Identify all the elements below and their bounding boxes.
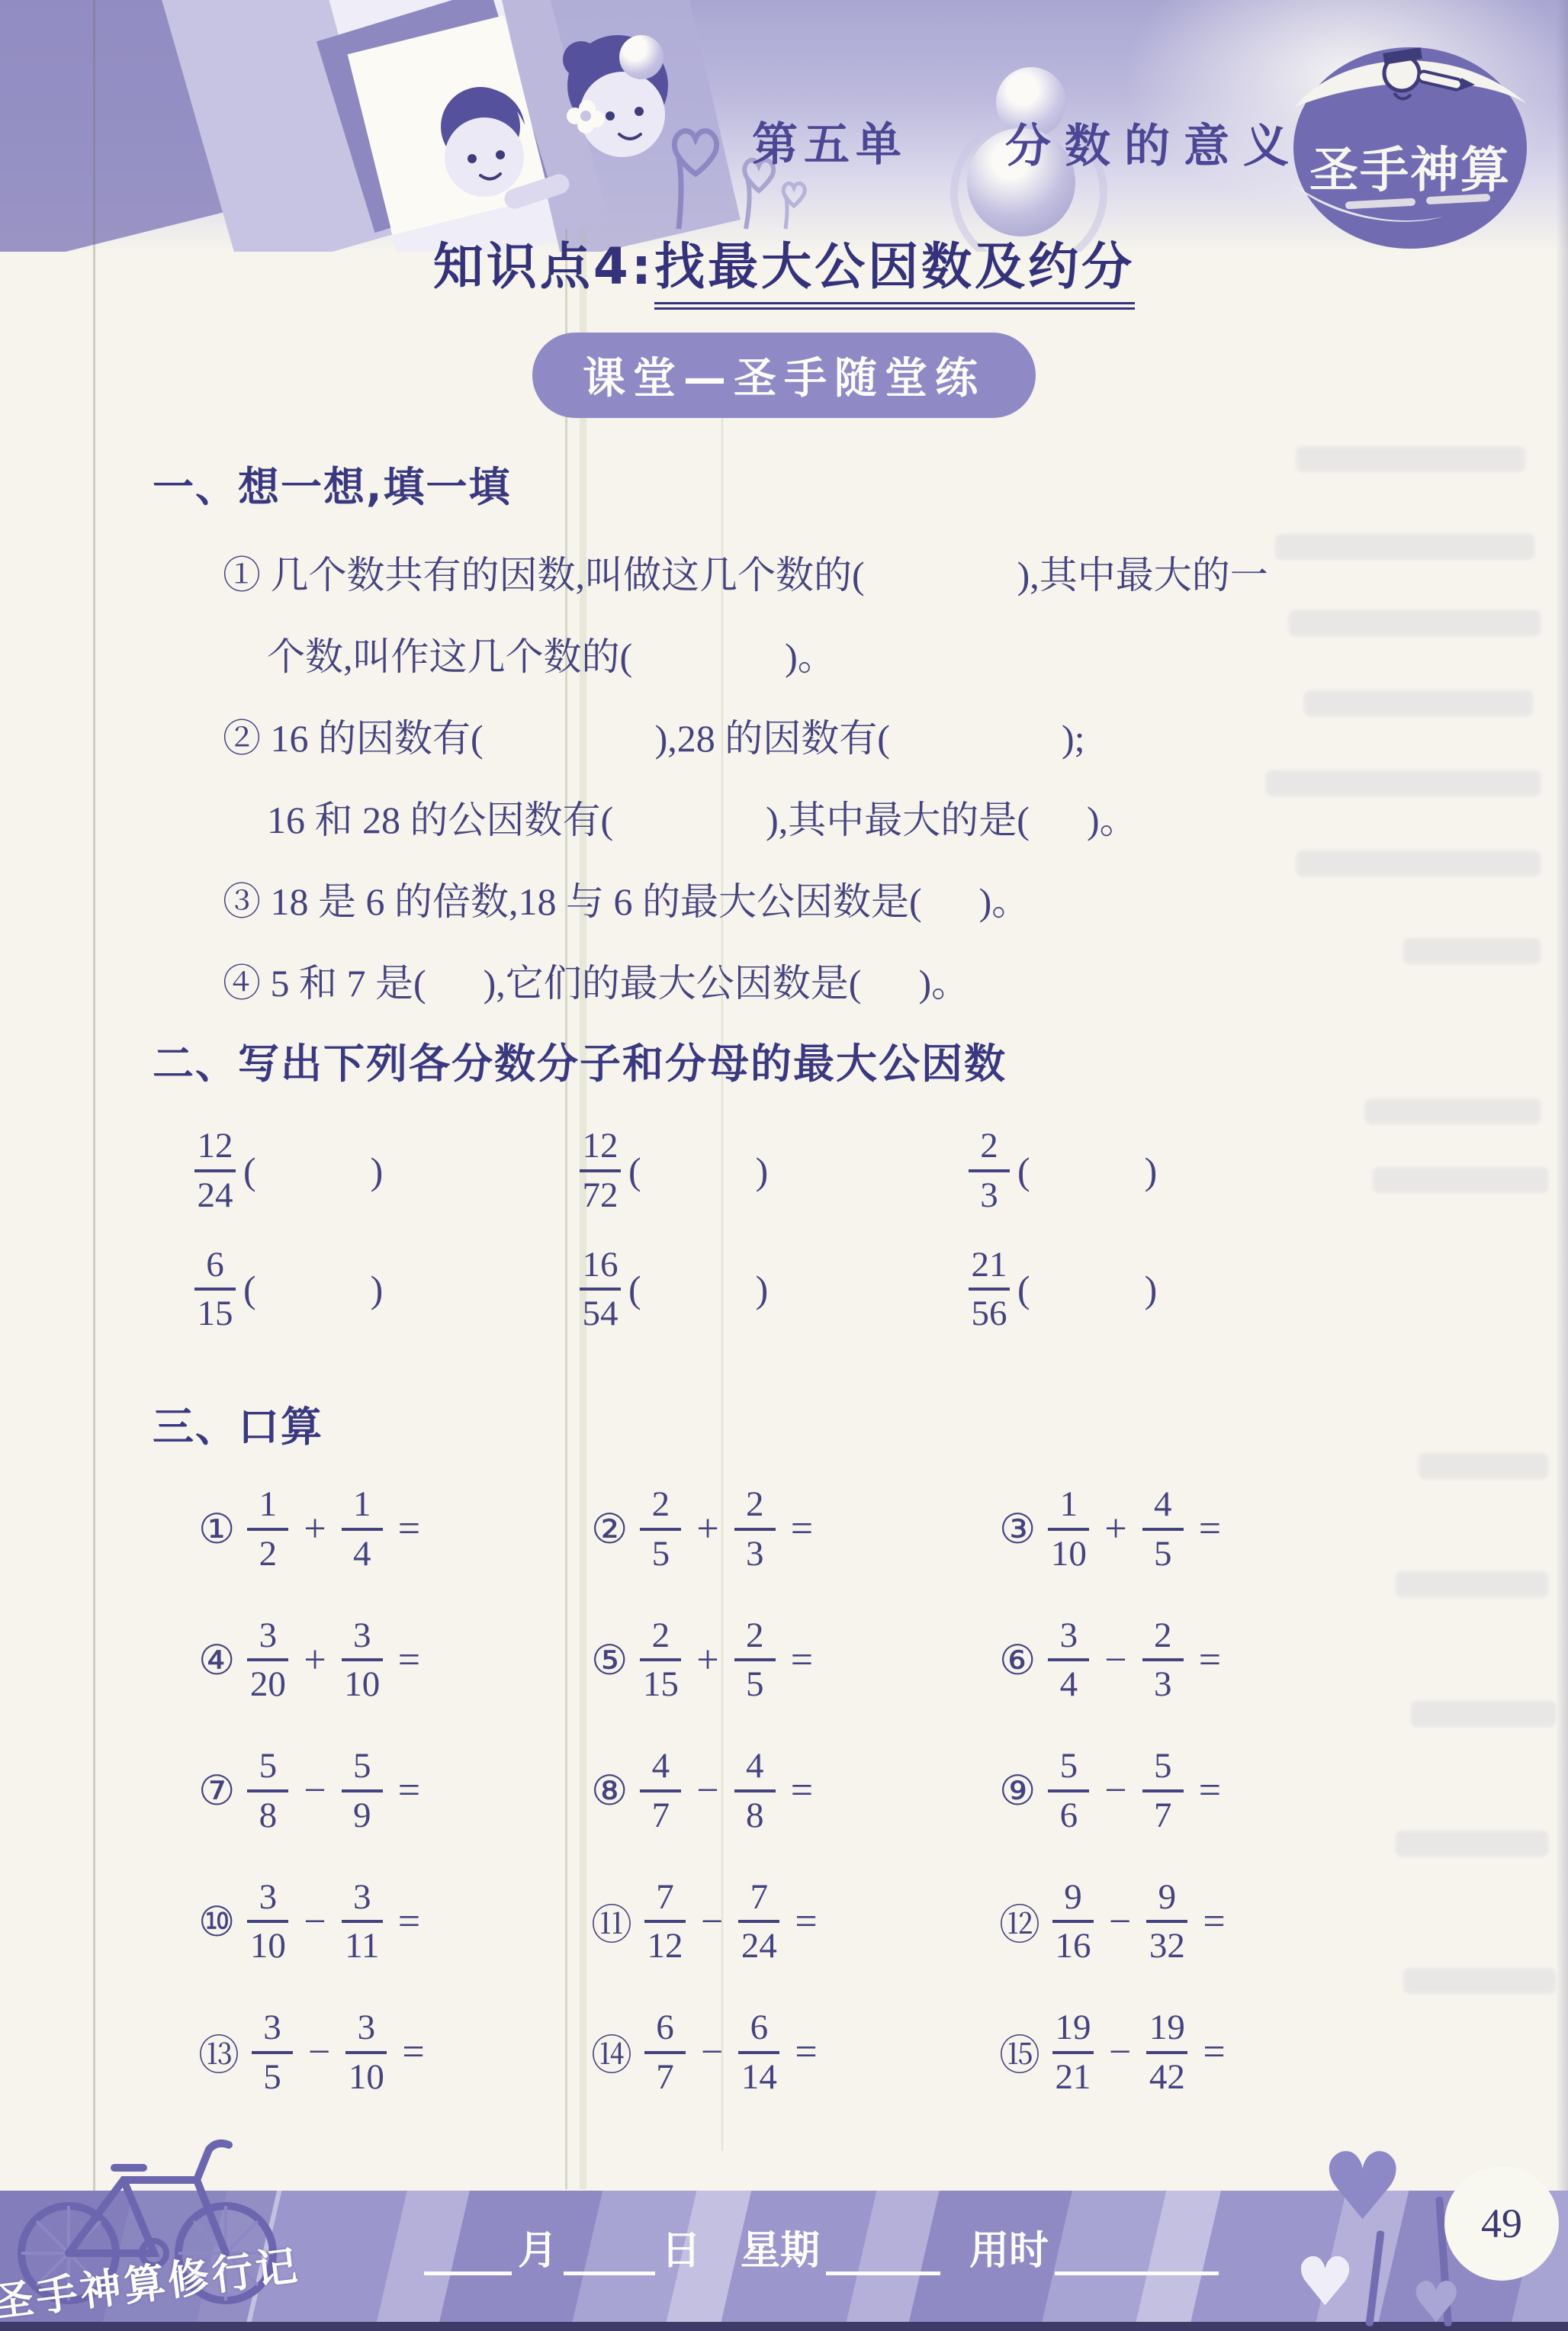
problem-number: ⑭ [591, 2023, 632, 2082]
math-problem: ⑮1921−1942= [999, 2008, 1518, 2097]
fraction-bar [640, 1658, 681, 1661]
fraction: 34 [1048, 1616, 1089, 1705]
answer-blank: ( ) [1017, 1149, 1157, 1193]
unit-subject-label: 分数的意义 [1005, 110, 1303, 175]
problem-number: ③ [999, 1505, 1036, 1553]
equals-sign: = [788, 1638, 816, 1683]
heart-icon: ♥ [1295, 2249, 1355, 2316]
fraction: 1942 [1146, 2008, 1187, 2097]
answer-blank: ( ) [243, 1149, 383, 1193]
equals-sign: = [395, 1638, 423, 1683]
fraction: 1654 [580, 1246, 621, 1334]
numerator: 7 [750, 1878, 769, 1917]
equals-sign: = [792, 2030, 820, 2075]
equals-sign: = [395, 1506, 423, 1551]
equals-sign: = [395, 1768, 423, 1813]
equals-sign: = [792, 1899, 820, 1944]
denominator: 8 [746, 1796, 764, 1835]
operator: + [693, 1638, 721, 1683]
problem-number: ⑩ [198, 1898, 235, 1946]
fraction-bar [580, 1169, 621, 1172]
problem-number: ⑦ [198, 1767, 235, 1815]
numerator: 5 [1154, 1747, 1172, 1786]
page-title-underlined: 找最大公因数及约分 [654, 237, 1135, 310]
equals-sign: = [395, 1899, 423, 1944]
fraction-bar [969, 1169, 1010, 1172]
section3-heading: 三、口算 [153, 1394, 1518, 1453]
page-title: 知识点4:找最大公因数及约分 [0, 226, 1568, 298]
fraction: 615 [194, 1246, 236, 1334]
denominator: 24 [198, 1176, 233, 1215]
numerator: 6 [206, 1246, 224, 1284]
denominator: 10 [1051, 1535, 1087, 1574]
denominator: 11 [345, 1927, 379, 1966]
numerator: 3 [259, 1616, 278, 1655]
denominator: 42 [1149, 2058, 1185, 2097]
fraction: 23 [734, 1485, 776, 1574]
numerator: 4 [746, 1747, 764, 1786]
page-number: 49 [1481, 2200, 1522, 2247]
denominator: 7 [656, 2058, 674, 2097]
week-label: 星期 [741, 2218, 820, 2275]
denominator: 24 [741, 1927, 777, 1966]
fraction: 14 [342, 1485, 383, 1574]
month-label: 月 [518, 2218, 557, 2275]
numerator: 12 [198, 1127, 233, 1165]
equals-sign: = [788, 1768, 816, 1813]
children-illustration [252, 0, 824, 238]
scan-edge-shadow [1556, 0, 1568, 2331]
fraction-bar [1146, 2051, 1187, 2054]
numerator: 2 [746, 1485, 764, 1524]
equals-sign: = [1196, 1506, 1224, 1551]
math-problem: ③110+45= [999, 1485, 1518, 1574]
equals-sign: = [399, 2030, 427, 2075]
fraction-item: 1654 ( ) [580, 1246, 969, 1334]
operator: + [300, 1506, 329, 1551]
section1-heading: 一、想一想,填一填 [153, 455, 1518, 513]
fraction-bar [1048, 1789, 1089, 1792]
fraction: 25 [734, 1616, 776, 1705]
fraction-bar [640, 1528, 681, 1531]
numerator: 16 [583, 1246, 619, 1284]
fraction-bar [247, 1528, 288, 1531]
denominator: 7 [652, 1796, 670, 1835]
fraction-item: 1224 ( ) [194, 1127, 580, 1215]
denominator: 21 [1056, 2058, 1091, 2097]
fraction-bar [247, 1789, 288, 1792]
numerator: 19 [1149, 2008, 1185, 2047]
problem-grid: ①12+14= ②25+23= ③110+45= ④320+310= ⑤215+… [198, 1485, 1518, 2097]
problem-number: ① [198, 1505, 235, 1553]
section-gcf-of-fractions: 二、写出下列各分数分子和分母的最大公因数 1224 ( ) 1272 ( ) 2… [153, 1031, 1518, 1333]
denominator: 10 [344, 1665, 380, 1704]
numerator: 6 [750, 2008, 769, 2047]
operator: − [698, 1899, 726, 1944]
fraction-bar [194, 1169, 236, 1172]
numerator: 1 [1060, 1485, 1078, 1524]
day-label: 日 [661, 2218, 701, 2275]
fraction-grid: 1224 ( ) 1272 ( ) 23 ( ) 615 ( ) 1654 ( … [194, 1127, 1518, 1333]
numerator: 2 [746, 1616, 764, 1655]
numerator: 1 [259, 1485, 278, 1524]
operator: − [1106, 2030, 1134, 2075]
numerator: 2 [652, 1616, 670, 1655]
problem-number: ⑪ [591, 1892, 632, 1951]
equals-sign: = [1200, 1899, 1228, 1944]
numerator: 3 [1060, 1616, 1078, 1655]
fraction: 2156 [969, 1246, 1010, 1334]
fraction: 58 [247, 1747, 288, 1835]
fraction: 47 [640, 1747, 681, 1835]
fraction: 59 [342, 1747, 383, 1835]
math-problem: ⑫916−932= [999, 1878, 1518, 1966]
math-problem: ⑨56−57= [999, 1747, 1518, 1835]
problem-number: ⑧ [591, 1767, 628, 1815]
denominator: 5 [746, 1665, 764, 1704]
operator: + [1101, 1506, 1129, 1551]
equals-sign: = [788, 1506, 816, 1551]
denominator: 7 [1154, 1796, 1172, 1835]
fraction-bar [580, 1288, 621, 1291]
fraction-bar [1052, 1920, 1094, 1923]
fraction: 67 [644, 2008, 686, 2097]
denominator: 4 [1060, 1665, 1078, 1704]
denominator: 3 [746, 1535, 764, 1574]
fraction: 35 [252, 2008, 293, 2097]
problem-number: ④ [198, 1636, 235, 1684]
fraction-bar [738, 2051, 779, 2054]
fraction: 25 [640, 1485, 681, 1574]
page-header-banner: 第五单 分数的意义 圣手神算 [0, 0, 1568, 252]
math-problem: ⑬35−310= [198, 2008, 591, 2097]
denominator: 32 [1149, 1927, 1185, 1966]
fraction-item: 23 ( ) [969, 1127, 1518, 1215]
denominator: 6 [1060, 1796, 1078, 1835]
denominator: 9 [353, 1796, 371, 1835]
operator: − [300, 1768, 329, 1813]
math-problem: ①12+14= [198, 1485, 591, 1574]
fraction-bar [1146, 1920, 1187, 1923]
problem-number: ⑫ [999, 1892, 1040, 1951]
month-blank [424, 2233, 512, 2275]
section-fill-in-blanks: 一、想一想,填一填 ① 几个数共有的因数,叫做这几个数的( ),其中最大的一 个… [153, 455, 1518, 1024]
fraction-bar [1142, 1789, 1184, 1792]
problem-number: ⑤ [591, 1636, 628, 1684]
operator: + [693, 1506, 721, 1551]
equals-sign: = [1200, 2030, 1228, 2075]
operator: − [300, 1899, 329, 1944]
fraction: 23 [969, 1127, 1010, 1215]
fraction-bar [252, 2051, 293, 2054]
denominator: 3 [1154, 1665, 1172, 1704]
denominator: 54 [583, 1294, 619, 1333]
fraction-item: 1272 ( ) [580, 1127, 969, 1215]
brand-logo-badge: 圣手神算 [1287, 34, 1533, 252]
operator: − [305, 2030, 333, 2075]
fraction-bar [1048, 1658, 1089, 1661]
denominator: 12 [647, 1927, 683, 1966]
numerator: 3 [353, 1878, 371, 1917]
fraction: 45 [1142, 1485, 1184, 1574]
fraction: 932 [1146, 1878, 1187, 1966]
numerator: 3 [353, 1616, 371, 1655]
numerator: 3 [358, 2008, 376, 2047]
question-line: ④ 5 和 7 是( ),它们的最大公因数是( )。 [153, 943, 1518, 1024]
time-blank [1055, 2233, 1219, 2275]
fraction-bar [342, 1528, 383, 1531]
fraction: 1272 [580, 1127, 621, 1215]
fraction-bar [1142, 1528, 1184, 1531]
fraction-bar [734, 1789, 776, 1792]
fraction: 215 [640, 1616, 681, 1705]
denominator: 56 [972, 1294, 1007, 1333]
lesson-badge: 课堂—圣手随堂练 [532, 333, 1036, 418]
math-problem: ②25+23= [591, 1485, 999, 1574]
page-number-blob: 49 [1444, 2166, 1559, 2281]
denominator: 16 [1056, 1927, 1091, 1966]
fraction-bar [1142, 1658, 1184, 1661]
fraction: 614 [738, 2008, 779, 2097]
numerator: 4 [652, 1747, 670, 1786]
fraction-bar [194, 1288, 236, 1291]
numerator: 2 [652, 1485, 670, 1524]
equals-sign: = [1196, 1768, 1224, 1813]
fraction: 57 [1142, 1747, 1184, 1835]
answer-blank: ( ) [1017, 1267, 1157, 1311]
fraction: 916 [1052, 1878, 1094, 1966]
math-problem: ⑩310−311= [198, 1878, 591, 1966]
fraction: 1224 [194, 1127, 236, 1215]
operator: − [1106, 1899, 1134, 1944]
math-problem: ④320+310= [198, 1616, 591, 1705]
answer-blank: ( ) [628, 1267, 768, 1311]
operator: − [1101, 1768, 1129, 1813]
fraction: 56 [1048, 1747, 1089, 1835]
fraction: 110 [1048, 1485, 1089, 1574]
heart-icon: ♥ [1321, 2140, 1404, 2233]
numerator: 1 [353, 1485, 371, 1524]
question-line: ① 几个数共有的因数,叫做这几个数的( ),其中最大的一 [153, 535, 1518, 616]
fraction-bar [1052, 2051, 1094, 2054]
math-problem: ⑤215+25= [591, 1616, 999, 1705]
numerator: 5 [259, 1747, 278, 1786]
fraction: 724 [738, 1878, 779, 1966]
problem-number: ⑥ [999, 1636, 1036, 1684]
week-blank [826, 2233, 940, 2275]
denominator: 5 [1154, 1535, 1172, 1574]
operator: + [300, 1638, 329, 1683]
fraction-bar [734, 1528, 776, 1531]
problem-number: ⑬ [198, 2023, 239, 2082]
numerator: 5 [353, 1747, 371, 1786]
unit-label: 第五单 [752, 108, 908, 174]
denominator: 20 [250, 1665, 286, 1704]
numerator: 9 [1064, 1878, 1082, 1917]
problem-number: ⑨ [999, 1767, 1036, 1815]
denominator: 15 [643, 1665, 679, 1704]
question-line: 16 和 28 的公因数有( ),其中最大的是( )。 [153, 780, 1518, 861]
numerator: 2 [980, 1127, 998, 1165]
operator: − [693, 1768, 721, 1813]
numerator: 3 [263, 2008, 281, 2047]
denominator: 3 [980, 1176, 998, 1215]
numerator: 21 [972, 1246, 1007, 1284]
fraction-bar [1048, 1528, 1089, 1531]
fraction-bar [640, 1789, 681, 1792]
day-blank [564, 2233, 655, 2275]
operator: − [1101, 1638, 1129, 1683]
fraction: 712 [644, 1878, 686, 1966]
fraction-bar [342, 1920, 383, 1923]
numerator: 5 [1060, 1747, 1078, 1786]
numerator: 4 [1154, 1485, 1172, 1524]
fraction: 48 [734, 1747, 776, 1835]
section2-heading: 二、写出下列各分数分子和分母的最大公因数 [153, 1031, 1518, 1090]
fraction-bar [342, 1789, 383, 1792]
page-title-prefix: 知识点4: [433, 237, 654, 296]
question-line: 个数,叫作这几个数的( )。 [153, 616, 1518, 698]
denominator: 5 [652, 1535, 670, 1574]
denominator: 2 [259, 1535, 278, 1574]
numerator: 7 [656, 1878, 674, 1917]
fraction: 310 [345, 2008, 387, 2097]
fraction-item: 2156 ( ) [969, 1246, 1518, 1334]
numerator: 3 [259, 1878, 278, 1917]
numerator: 19 [1056, 2008, 1091, 2047]
fraction-item: 615 ( ) [194, 1246, 580, 1334]
section1-items: ① 几个数共有的因数,叫做这几个数的( ),其中最大的一 个数,叫作这几个数的(… [153, 535, 1518, 1024]
equals-sign: = [1196, 1638, 1224, 1683]
fraction: 320 [247, 1616, 288, 1705]
problem-number: ⑮ [999, 2023, 1040, 2082]
fraction-bar [734, 1658, 776, 1661]
math-problem: ⑪712−724= [591, 1878, 999, 1966]
numerator: 9 [1158, 1878, 1177, 1917]
answer-blank: ( ) [243, 1267, 383, 1311]
numerator: 12 [583, 1127, 619, 1165]
brand-logo-text: 圣手神算 [1287, 131, 1533, 201]
fraction: 310 [342, 1616, 383, 1705]
denominator: 15 [198, 1294, 233, 1333]
denominator: 10 [349, 2058, 384, 2097]
section-mental-math: 三、口算 ①12+14= ②25+23= ③110+45= ④320+310= … [153, 1394, 1518, 2097]
numerator: 6 [656, 2008, 674, 2047]
time-label: 用时 [969, 2218, 1049, 2275]
math-problem: ⑭67−614= [591, 2008, 999, 2097]
fraction: 310 [247, 1878, 288, 1966]
bubble-icon [619, 35, 664, 79]
fraction-bar [342, 1658, 383, 1661]
fraction: 1921 [1052, 2008, 1094, 2097]
page-bottom-strip [0, 2322, 1568, 2331]
fraction-bar [345, 2051, 387, 2054]
date-fill-line: 月 日 星期 用时 [424, 2218, 1219, 2275]
fraction-bar [644, 2051, 686, 2054]
denominator: 8 [259, 1796, 278, 1835]
denominator: 10 [250, 1927, 286, 1966]
denominator: 4 [353, 1535, 371, 1574]
fraction-bar [738, 1920, 779, 1923]
operator: − [698, 2030, 726, 2075]
numerator: 2 [1154, 1616, 1172, 1655]
fraction-bar [969, 1288, 1010, 1291]
fraction-bar [644, 1920, 686, 1923]
question-line: ③ 18 是 6 的倍数,18 与 6 的最大公因数是( )。 [153, 861, 1518, 943]
fraction: 23 [1142, 1616, 1184, 1705]
heart-icon: ♥ [1411, 2275, 1461, 2331]
fraction-bar [247, 1658, 288, 1661]
problem-number: ② [591, 1505, 628, 1553]
math-problem: ⑦58−59= [198, 1747, 591, 1835]
denominator: 14 [741, 2058, 777, 2097]
math-problem: ⑥34−23= [999, 1616, 1518, 1705]
fraction: 12 [247, 1485, 288, 1574]
fraction-bar [247, 1920, 288, 1923]
fraction: 311 [342, 1878, 383, 1966]
scan-fold-line [93, 0, 95, 2331]
math-problem: ⑧47−48= [591, 1747, 999, 1835]
question-line: ② 16 的因数有( ),28 的因数有( ); [153, 698, 1518, 780]
answer-blank: ( ) [628, 1149, 768, 1193]
denominator: 72 [583, 1176, 619, 1215]
